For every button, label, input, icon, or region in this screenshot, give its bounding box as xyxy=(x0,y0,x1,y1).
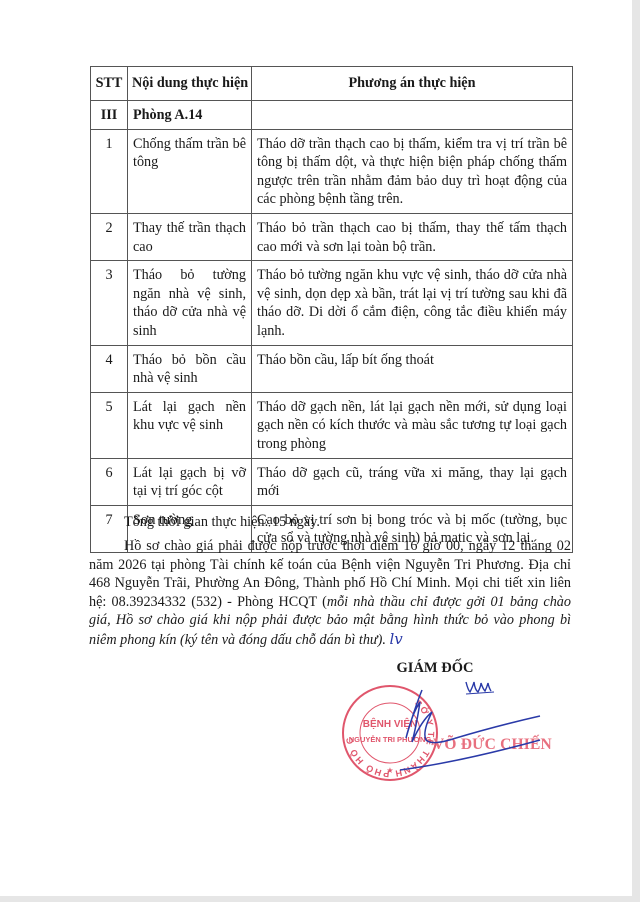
row-content: Chống thấm trần bê tông xyxy=(128,129,252,213)
document-page: STT Nội dung thực hiện Phương án thực hi… xyxy=(0,0,632,896)
signature-title: GIÁM ĐỐC xyxy=(385,660,485,677)
submission-paragraph: Hồ sơ chào giá phải được nộp trước thời … xyxy=(89,537,571,650)
row-content: Tháo bỏ bồn cầu nhà vệ sinh xyxy=(128,345,252,392)
table-row: 5 Lát lại gạch nền khu vực vệ sinh Tháo … xyxy=(91,392,573,458)
row-stt: 4 xyxy=(91,345,128,392)
work-plan-table: STT Nội dung thực hiện Phương án thực hi… xyxy=(90,66,573,553)
row-stt: 6 xyxy=(91,458,128,505)
header-content: Nội dung thực hiện xyxy=(128,67,252,101)
row-stt: 5 xyxy=(91,392,128,458)
seal-star-icon: ★ xyxy=(386,766,393,775)
table-row: 1 Chống thấm trần bê tông Tháo dỡ trần t… xyxy=(91,129,573,213)
header-stt: STT xyxy=(91,67,128,101)
row-plan: Tháo dỡ trần thạch cao bị thấm, kiểm tra… xyxy=(252,129,573,213)
row-stt: 1 xyxy=(91,129,128,213)
row-content: Lát lại gạch nền khu vực vệ sinh xyxy=(128,392,252,458)
initials-mark: lv xyxy=(390,630,403,648)
table-header-row: STT Nội dung thực hiện Phương án thực hi… xyxy=(91,67,573,101)
row-stt: 3 xyxy=(91,261,128,345)
total-duration: Tổng thời gian thực hiện: 15 ngày. xyxy=(89,513,571,532)
row-plan: Tháo bồn cầu, lấp bít ống thoát xyxy=(252,345,573,392)
seal-line-2: NGUYỄN TRI PHƯƠNG xyxy=(349,735,432,744)
section-plan xyxy=(252,101,573,130)
section-number: III xyxy=(91,101,128,130)
row-plan: Tháo bỏ trần thạch cao bị thấm, thay thế… xyxy=(252,213,573,260)
row-content: Tháo bỏ tường ngăn nhà vệ sinh, tháo dỡ … xyxy=(128,261,252,345)
row-stt: 2 xyxy=(91,213,128,260)
seal-line-1: BỆNH VIỆN xyxy=(363,717,417,730)
signer-name: VÕ ĐỨC CHIẾN xyxy=(433,736,552,754)
initials-icon xyxy=(466,682,491,692)
header-plan: Phương án thực hiện xyxy=(252,67,573,101)
row-content: Lát lại gạch bị vỡ tại vị trí góc cột xyxy=(128,458,252,505)
row-plan: Tháo dỡ gạch cũ, tráng vữa xi măng, thay… xyxy=(252,458,573,505)
hospital-seal: SỞ Y TẾ THÀNH PHỐ HỒ CHÍ MINH BỆNH VIỆN … xyxy=(340,683,440,783)
section-row: III Phòng A.14 xyxy=(91,101,573,130)
row-plan: Tháo dỡ gạch nền, lát lại gạch nền mới, … xyxy=(252,392,573,458)
table-row: 4 Tháo bỏ bồn cầu nhà vệ sinh Tháo bồn c… xyxy=(91,345,573,392)
row-content: Thay thế trần thạch cao xyxy=(128,213,252,260)
table-row: 2 Thay thế trần thạch cao Tháo bỏ trần t… xyxy=(91,213,573,260)
table-row: 3 Tháo bỏ tường ngăn nhà vệ sinh, tháo d… xyxy=(91,261,573,345)
section-title: Phòng A.14 xyxy=(128,101,252,130)
table-row: 6 Lát lại gạch bị vỡ tại vị trí góc cột … xyxy=(91,458,573,505)
row-plan: Tháo bỏ tường ngăn khu vực vệ sinh, tháo… xyxy=(252,261,573,345)
